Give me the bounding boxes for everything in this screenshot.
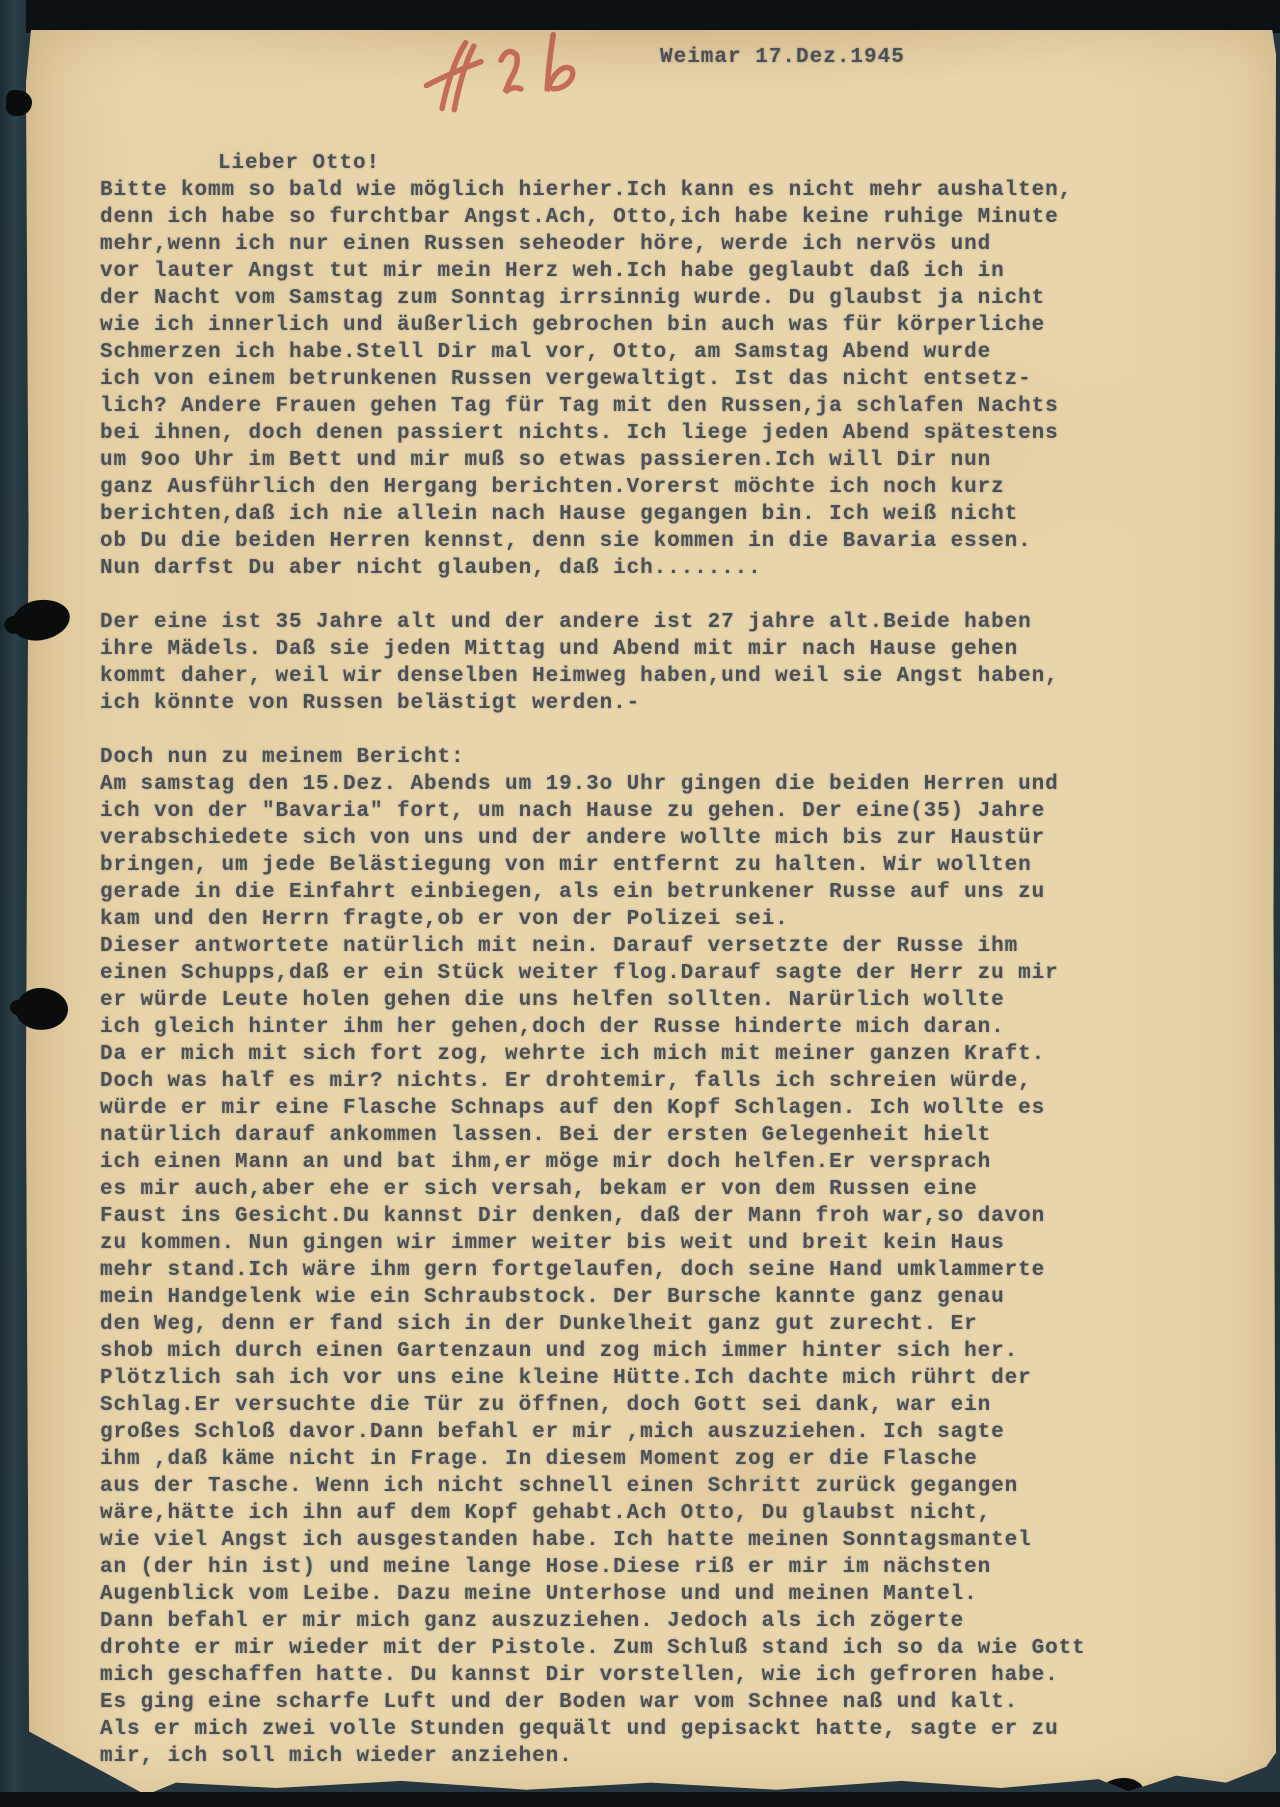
letter-line: Augenblick vom Leibe. Dazu meine Unterho…	[100, 1581, 1160, 1608]
letter-line: ganz Ausführlich den Hergang berichten.V…	[100, 474, 1160, 501]
letter-line: Dieser antwortete natürlich mit nein. Da…	[100, 933, 1160, 960]
letter-line: mehr,wenn ich nur einen Russen seheoder …	[100, 231, 1160, 258]
letter-line: lich? Andere Frauen gehen Tag für Tag mi…	[100, 393, 1160, 420]
annotation-mark-strokes	[424, 33, 575, 111]
letter-line: den Weg, denn er fand sich in der Dunkel…	[100, 1311, 1160, 1338]
letter-line: an (der hin ist) und meine lange Hose.Di…	[100, 1554, 1160, 1581]
letter-line: er würde Leute holen gehen die uns helfe…	[100, 987, 1160, 1014]
letter-line: Doch was half es mir? nichts. Er drohtem…	[100, 1068, 1160, 1095]
letter-line: kam und den Herrn fragte,ob er von der P…	[100, 906, 1160, 933]
scan-border-bottom	[0, 1792, 1280, 1807]
letter-line: großes Schloß davor.Dann befahl er mir ,…	[100, 1419, 1160, 1446]
letter-line: vor lauter Angst tut mir mein Herz weh.I…	[100, 258, 1160, 285]
letter-paragraph: Doch nun zu meinem Bericht:Am samstag de…	[100, 744, 1160, 1770]
letter-line: Dann befahl er mir mich ganz auszuziehen…	[100, 1608, 1160, 1635]
letter-line: gerade in die Einfahrt einbiegen, als ei…	[100, 879, 1160, 906]
letter-line: Plötzlich sah ich vor uns eine kleine Hü…	[100, 1365, 1160, 1392]
letter-paragraph: Bitte komm so bald wie möglich hierher.I…	[100, 177, 1160, 582]
letter-line: Doch nun zu meinem Bericht:	[100, 744, 1160, 771]
letter-line: ob Du die beiden Herren kennst, denn sie…	[100, 528, 1160, 555]
scanned-letter-page: { "document": { "annotation_mark": "A 2 …	[0, 0, 1280, 1807]
letter-body: Lieber Otto! Bitte komm so bald wie mögl…	[100, 150, 1160, 1770]
letter-line: Nun darfst Du aber nicht glauben, daß ic…	[100, 555, 1160, 582]
letter-line: natürlich darauf ankommen lassen. Bei de…	[100, 1122, 1160, 1149]
letter-line: bringen, um jede Belästiegung von mir en…	[100, 852, 1160, 879]
letter-line: shob mich durch einen Gartenzaun und zog…	[100, 1338, 1160, 1365]
letter-line: Der eine ist 35 Jahre alt und der andere…	[100, 609, 1160, 636]
letter-line: ich könnte von Russen belästigt werden.-	[100, 690, 1160, 717]
letter-line: es mir auch,aber ehe er sich versah, bek…	[100, 1176, 1160, 1203]
letter-line: kommt daher, weil wir denselben Heimweg …	[100, 663, 1160, 690]
letter-line: aus der Tasche. Wenn ich nicht schnell e…	[100, 1473, 1160, 1500]
letter-paper: Weimar 17.Dez.1945 Lieber Otto! Bitte ko…	[26, 30, 1276, 1795]
letter-line: wie ich innerlich und äußerlich gebroche…	[100, 312, 1160, 339]
letter-line: zu kommen. Nun gingen wir immer weiter b…	[100, 1230, 1160, 1257]
letter-line: ihre Mädels. Daß sie jeden Mittag und Ab…	[100, 636, 1160, 663]
dateline: Weimar 17.Dez.1945	[660, 46, 905, 69]
letter-line: um 9oo Uhr im Bett und mir muß so etwas …	[100, 447, 1160, 474]
letter-line: bei ihnen, doch denen passiert nichts. I…	[100, 420, 1160, 447]
letter-line: einen Schupps,daß er ein Stück weiter fl…	[100, 960, 1160, 987]
letter-line: wie viel Angst ich ausgestanden habe. Ic…	[100, 1527, 1160, 1554]
letter-line: Bitte komm so bald wie möglich hierher.I…	[100, 177, 1160, 204]
scan-border-top	[0, 0, 1280, 33]
letter-line: Schmerzen ich habe.Stell Dir mal vor, Ot…	[100, 339, 1160, 366]
letter-paragraph: Der eine ist 35 Jahre alt und der andere…	[100, 609, 1160, 717]
letter-line: berichten,daß ich nie allein nach Hause …	[100, 501, 1160, 528]
salutation: Lieber Otto!	[100, 150, 1160, 177]
letter-line: Da er mich mit sich fort zog, wehrte ich…	[100, 1041, 1160, 1068]
letter-line: drohte er mir wieder mit der Pistole. Zu…	[100, 1635, 1160, 1662]
letter-line: denn ich habe so furchtbar Angst.Ach, Ot…	[100, 204, 1160, 231]
letter-line: ich einen Mann an und bat ihm,er möge mi…	[100, 1149, 1160, 1176]
scan-border-left	[0, 0, 26, 1807]
letter-line: mich geschaffen hatte. Du kannst Dir vor…	[100, 1662, 1160, 1689]
letter-line: mein Handgelenk wie ein Schraubstock. De…	[100, 1284, 1160, 1311]
letter-line: wäre,hätte ich ihn auf dem Kopf gehabt.A…	[100, 1500, 1160, 1527]
letter-line: mir, ich soll mich wieder anziehen.	[100, 1743, 1160, 1770]
letter-line: Faust ins Gesicht.Du kannst Dir denken, …	[100, 1203, 1160, 1230]
letter-line: ich von einem betrunkenen Russen vergewa…	[100, 366, 1160, 393]
letter-line: ich gleich hinter ihm her gehen,doch der…	[100, 1014, 1160, 1041]
letter-line: ich von der "Bavaria" fort, um nach Haus…	[100, 798, 1160, 825]
red-annotation-mark	[415, 24, 596, 128]
letter-line: ihm ,daß käme nicht in Frage. In diesem …	[100, 1446, 1160, 1473]
letter-line: mehr stand.Ich wäre ihm gern fortgelaufe…	[100, 1257, 1160, 1284]
letter-line: würde er mir eine Flasche Schnaps auf de…	[100, 1095, 1160, 1122]
letter-line: Schlag.Er versuchte die Tür zu öffnen, d…	[100, 1392, 1160, 1419]
letter-line: Als er mich zwei volle Stunden gequält u…	[100, 1716, 1160, 1743]
letter-line: verabschiedete sich von uns und der ande…	[100, 825, 1160, 852]
letter-line: Es ging eine scharfe Luft und der Boden …	[100, 1689, 1160, 1716]
letter-line: Am samstag den 15.Dez. Abends um 19.3o U…	[100, 771, 1160, 798]
letter-line: der Nacht vom Samstag zum Sonntag irrsin…	[100, 285, 1160, 312]
